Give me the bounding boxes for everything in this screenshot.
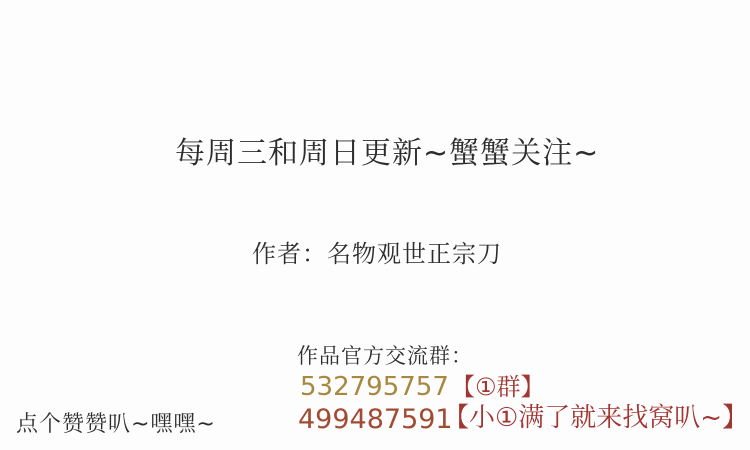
group-2-label: 【小①满了就来找窝叭~】 [443, 404, 748, 433]
group-2-number: 499487591 [298, 405, 453, 435]
official-group-heading: 作品官方交流群： [297, 345, 473, 368]
like-request-note: 点个赞赞叭~嘿嘿~ [16, 413, 216, 437]
author-credit-line: 作者：名物观世正宗刀 [252, 241, 502, 267]
manga-credits-page: 每周三和周日更新~蟹蟹关注~ 作者：名物观世正宗刀 作品官方交流群： 53279… [0, 0, 750, 450]
group-1-number: 532795757 [300, 373, 449, 402]
update-schedule-title: 每周三和周日更新~蟹蟹关注~ [175, 137, 599, 170]
group-1-label: 【①群】 [451, 374, 545, 400]
